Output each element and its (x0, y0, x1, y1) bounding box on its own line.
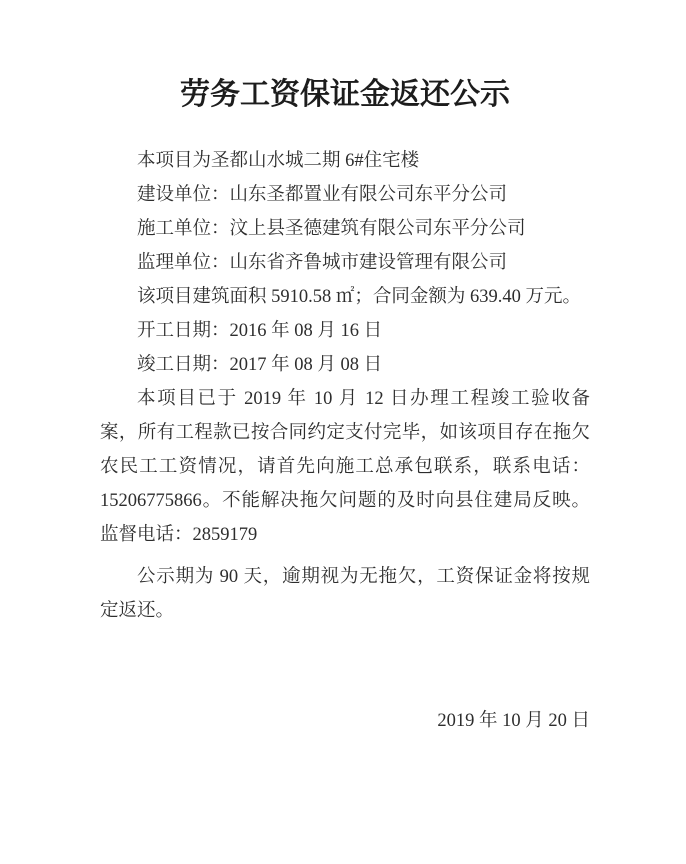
document-date: 2019 年 10 月 20 日 (100, 704, 590, 738)
paragraph-completion-date: 竣工日期：2017 年 08 月 08 日 (100, 348, 590, 382)
document-body: 本项目为圣都山水城二期 6#住宅楼 建设单位：山东圣都置业有限公司东平分公司 施… (100, 144, 590, 628)
paragraph-project-name: 本项目为圣都山水城二期 6#住宅楼 (100, 144, 590, 178)
document-title: 劳务工资保证金返还公示 (100, 76, 590, 114)
paragraph-contractor: 施工单位：汶上县圣德建筑有限公司东平分公司 (100, 212, 590, 246)
paragraph-construction-owner: 建设单位：山东圣都置业有限公司东平分公司 (100, 178, 590, 212)
paragraph-start-date: 开工日期：2016 年 08 月 16 日 (100, 314, 590, 348)
paragraph-area-and-contract-amount: 该项目建筑面积 5910.58 ㎡；合同金额为 639.40 万元。 (100, 280, 590, 314)
paragraph-publicity-period: 公示期为 90 天，逾期视为无拖欠，工资保证金将按规定返还。 (100, 560, 590, 628)
paragraph-acceptance-and-contact: 本项目已于 2019 年 10 月 12 日办理工程竣工验收备案，所有工程款已按… (100, 382, 590, 552)
document-page: 劳务工资保证金返还公示 本项目为圣都山水城二期 6#住宅楼 建设单位：山东圣都置… (0, 0, 686, 864)
paragraph-supervisor: 监理单位：山东省齐鲁城市建设管理有限公司 (100, 246, 590, 280)
